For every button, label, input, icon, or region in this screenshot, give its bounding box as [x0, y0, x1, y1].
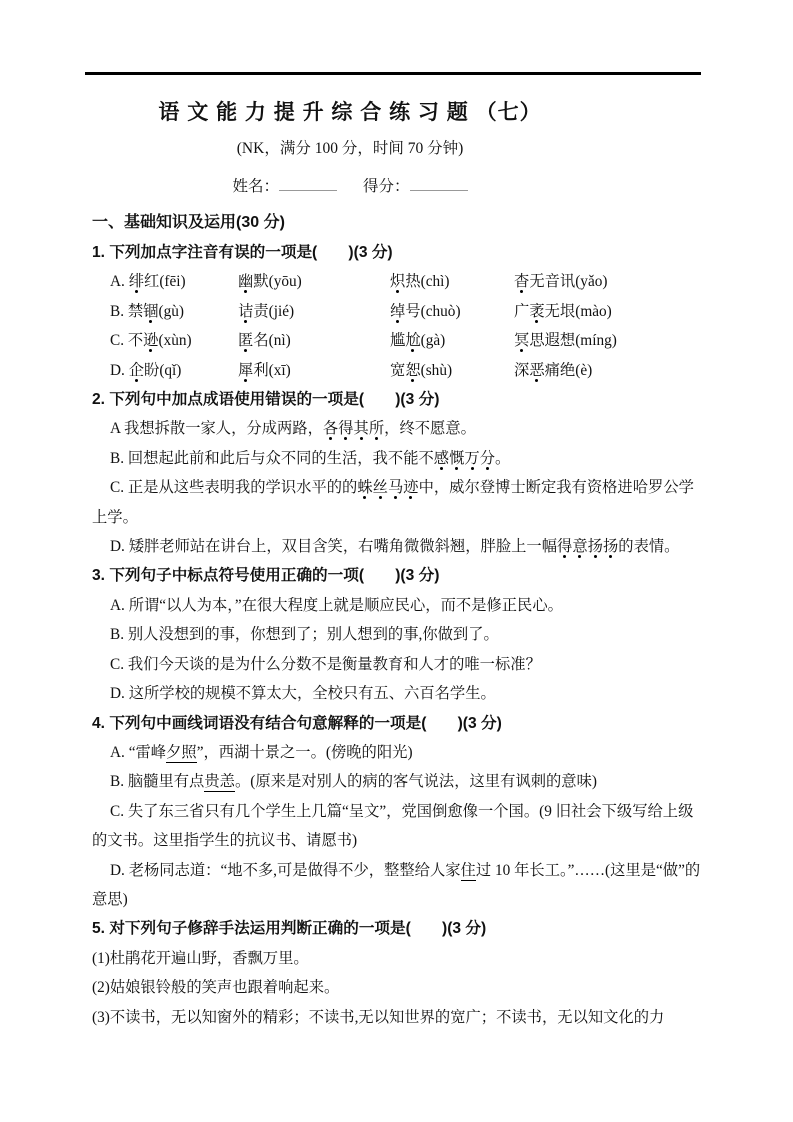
emphasis-dot-char: 尬: [405, 332, 420, 349]
emphasis-dot-char: 炽: [390, 273, 405, 290]
emphasis-dot-char: 感: [434, 450, 449, 467]
emphasis-dot-char: 意: [572, 538, 587, 555]
name-score-row: 姓名：得分：: [92, 172, 608, 202]
text-line: C. 正是从这些表明我的学识水平的的蛛丝马迹中，威尔登博士断定我有资格进哈罗公学…: [92, 473, 702, 532]
emphasis-dot-char: 迹: [403, 479, 418, 496]
pinyin-cell: C. 不逊(xùn): [110, 326, 238, 355]
pinyin-cell: 广袤无垠(mào): [514, 297, 702, 326]
text-line: D. 矮胖老师站在讲台上，双目含笑，右嘴角微微斜翘，胖脸上一幅得意扬扬的表情。: [92, 532, 702, 561]
emphasis-dot-char: 分: [480, 450, 495, 467]
text-line: A. 所谓“以人为本，”在很大程度上就是顺应民心，而不是修正民心。: [92, 591, 702, 620]
page-title: 语 文 能 力 提 升 综 合 练 习 题 （七）: [92, 98, 608, 128]
pinyin-cell: 杳无音讯(yǎo): [514, 267, 702, 296]
emphasis-dot-char: 逊: [143, 332, 158, 349]
pinyin-cell: 绰号(chuò): [390, 297, 514, 326]
underlined-word: 贵恙: [204, 773, 235, 792]
text-line: C. 失了东三省只有几个学生上几篇“呈文”，党国倒愈像一个国。(9 旧社会下级写…: [92, 797, 702, 856]
text-line: (3)不读书，无以知窗外的精彩；不读书,无以知世界的宽广；不读书，无以知文化的力: [92, 1003, 702, 1032]
emphasis-dot-char: 丝: [373, 479, 388, 496]
pinyin-cell: 炽热(chì): [390, 267, 514, 296]
pinyin-option-row: D. 企盼(qǐ)犀利(xī)宽恕(shù)深恶痛绝(è): [92, 356, 702, 385]
question-stem: 3. 下列句子中标点符号使用正确的一项( )(3 分): [92, 561, 702, 590]
emphasis-dot-char: 得: [338, 420, 353, 437]
pinyin-option-row: C. 不逊(xùn)匿名(nì)尴尬(gà)冥思遐想(míng): [92, 326, 702, 355]
pinyin-cell: A. 绯红(fēi): [110, 267, 238, 296]
emphasis-dot-char: 所: [369, 420, 384, 437]
emphasis-dot-char: 绰: [390, 303, 405, 320]
pinyin-cell: 尴尬(gà): [390, 326, 514, 355]
text-line: B. 回想起此前和此后与众不同的生活，我不能不感慨万分。: [92, 444, 702, 473]
pinyin-cell: 宽恕(shù): [390, 356, 514, 385]
exam-header: 语 文 能 力 提 升 综 合 练 习 题 （七） (NK，满分 100 分，时…: [92, 98, 608, 202]
text-line: D. 这所学校的规模不算太大，全校只有五、六百名学生。: [92, 679, 702, 708]
emphasis-dot-char: 锢: [143, 303, 158, 320]
emphasis-dot-char: 各: [323, 420, 338, 437]
text-line: B. 脑髓里有点贵恙。(原来是对别人的病的客气说法，这里有讽刺的意味): [92, 767, 702, 796]
question-stem: 2. 下列句中加点成语使用错误的一项是( )(3 分): [92, 385, 702, 414]
pinyin-cell: 犀利(xī): [238, 356, 390, 385]
emphasis-dot-char: 杳: [514, 273, 529, 290]
text-line: B. 别人没想到的事，你想到了；别人想到的事,你做到了。: [92, 620, 702, 649]
emphasis-dot-char: 冥: [514, 332, 529, 349]
section-heading: 一、基础知识及运用(30 分): [92, 209, 702, 237]
emphasis-dot-char: 恕: [405, 362, 420, 379]
name-blank-field[interactable]: [279, 175, 337, 191]
emphasis-dot-char: 幽: [238, 273, 253, 290]
pinyin-cell: 诘责(jié): [238, 297, 390, 326]
text-line: C. 我们今天谈的是为什么分数不是衡量教育和人才的唯一标准？: [92, 650, 702, 679]
pinyin-cell: 幽默(yōu): [238, 267, 390, 296]
emphasis-dot-char: 扬: [588, 538, 603, 555]
emphasis-dot-char: 袤: [529, 303, 544, 320]
pinyin-option-row: A. 绯红(fēi)幽默(yōu)炽热(chì)杳无音讯(yǎo): [92, 267, 702, 296]
pinyin-option-row: B. 禁锢(gù)诘责(jié)绰号(chuò)广袤无垠(mào): [92, 297, 702, 326]
emphasis-dot-char: 蛛: [357, 479, 372, 496]
text-line: D. 老杨同志道：“地不多,可是做得不少，整整给人家住过 10 年长工。”……(…: [92, 856, 702, 915]
text-line: A 我想拆散一家人，分成两路，各得其所，终不愿意。: [92, 414, 702, 443]
emphasis-dot-char: 扬: [603, 538, 618, 555]
underlined-word: 住: [461, 862, 476, 881]
question-stem: 4. 下列句中画线词语没有结合句意解释的一项是( )(3 分): [92, 709, 702, 738]
pinyin-cell: 冥思遐想(míng): [514, 326, 702, 355]
score-blank-field[interactable]: [410, 175, 468, 191]
exam-page: 语 文 能 力 提 升 综 合 练 习 题 （七） (NK，满分 100 分，时…: [92, 0, 702, 1032]
emphasis-dot-char: 马: [388, 479, 403, 496]
pinyin-cell: D. 企盼(qǐ): [110, 356, 238, 385]
emphasis-dot-char: 绯: [129, 273, 144, 290]
emphasis-dot-char: 诘: [238, 303, 253, 320]
text-line: (1)杜鹃花开遍山野，香飘万里。: [92, 944, 702, 973]
emphasis-dot-char: 其: [354, 420, 369, 437]
question-stem: 1. 下列加点字注音有误的一项是( )(3 分): [92, 238, 702, 267]
text-line: (2)姑娘银铃般的笑声也跟着响起来。: [92, 973, 702, 1002]
emphasis-dot-char: 匿: [238, 332, 253, 349]
question-body: 1. 下列加点字注音有误的一项是( )(3 分)A. 绯红(fēi)幽默(yōu…: [92, 238, 702, 1032]
emphasis-dot-char: 慨: [449, 450, 464, 467]
text-line: A. “雷峰夕照”，西湖十景之一。(傍晚的阳光): [92, 738, 702, 767]
emphasis-dot-char: 万: [464, 450, 479, 467]
underlined-word: 夕照: [166, 744, 197, 763]
exam-meta: (NK，满分 100 分，时间 70 分钟): [92, 137, 608, 161]
emphasis-dot-char: 企: [129, 362, 144, 379]
pinyin-cell: B. 禁锢(gù): [110, 297, 238, 326]
name-label: 姓名：: [232, 178, 279, 195]
score-label: 得分：: [363, 178, 410, 195]
pinyin-cell: 匿名(nì): [238, 326, 390, 355]
question-stem: 5. 对下列句子修辞手法运用判断正确的一项是( )(3 分): [92, 914, 702, 943]
emphasis-dot-char: 恶: [529, 362, 544, 379]
emphasis-dot-char: 犀: [238, 362, 253, 379]
emphasis-dot-char: 得: [557, 538, 572, 555]
pinyin-cell: 深恶痛绝(è): [514, 356, 702, 385]
